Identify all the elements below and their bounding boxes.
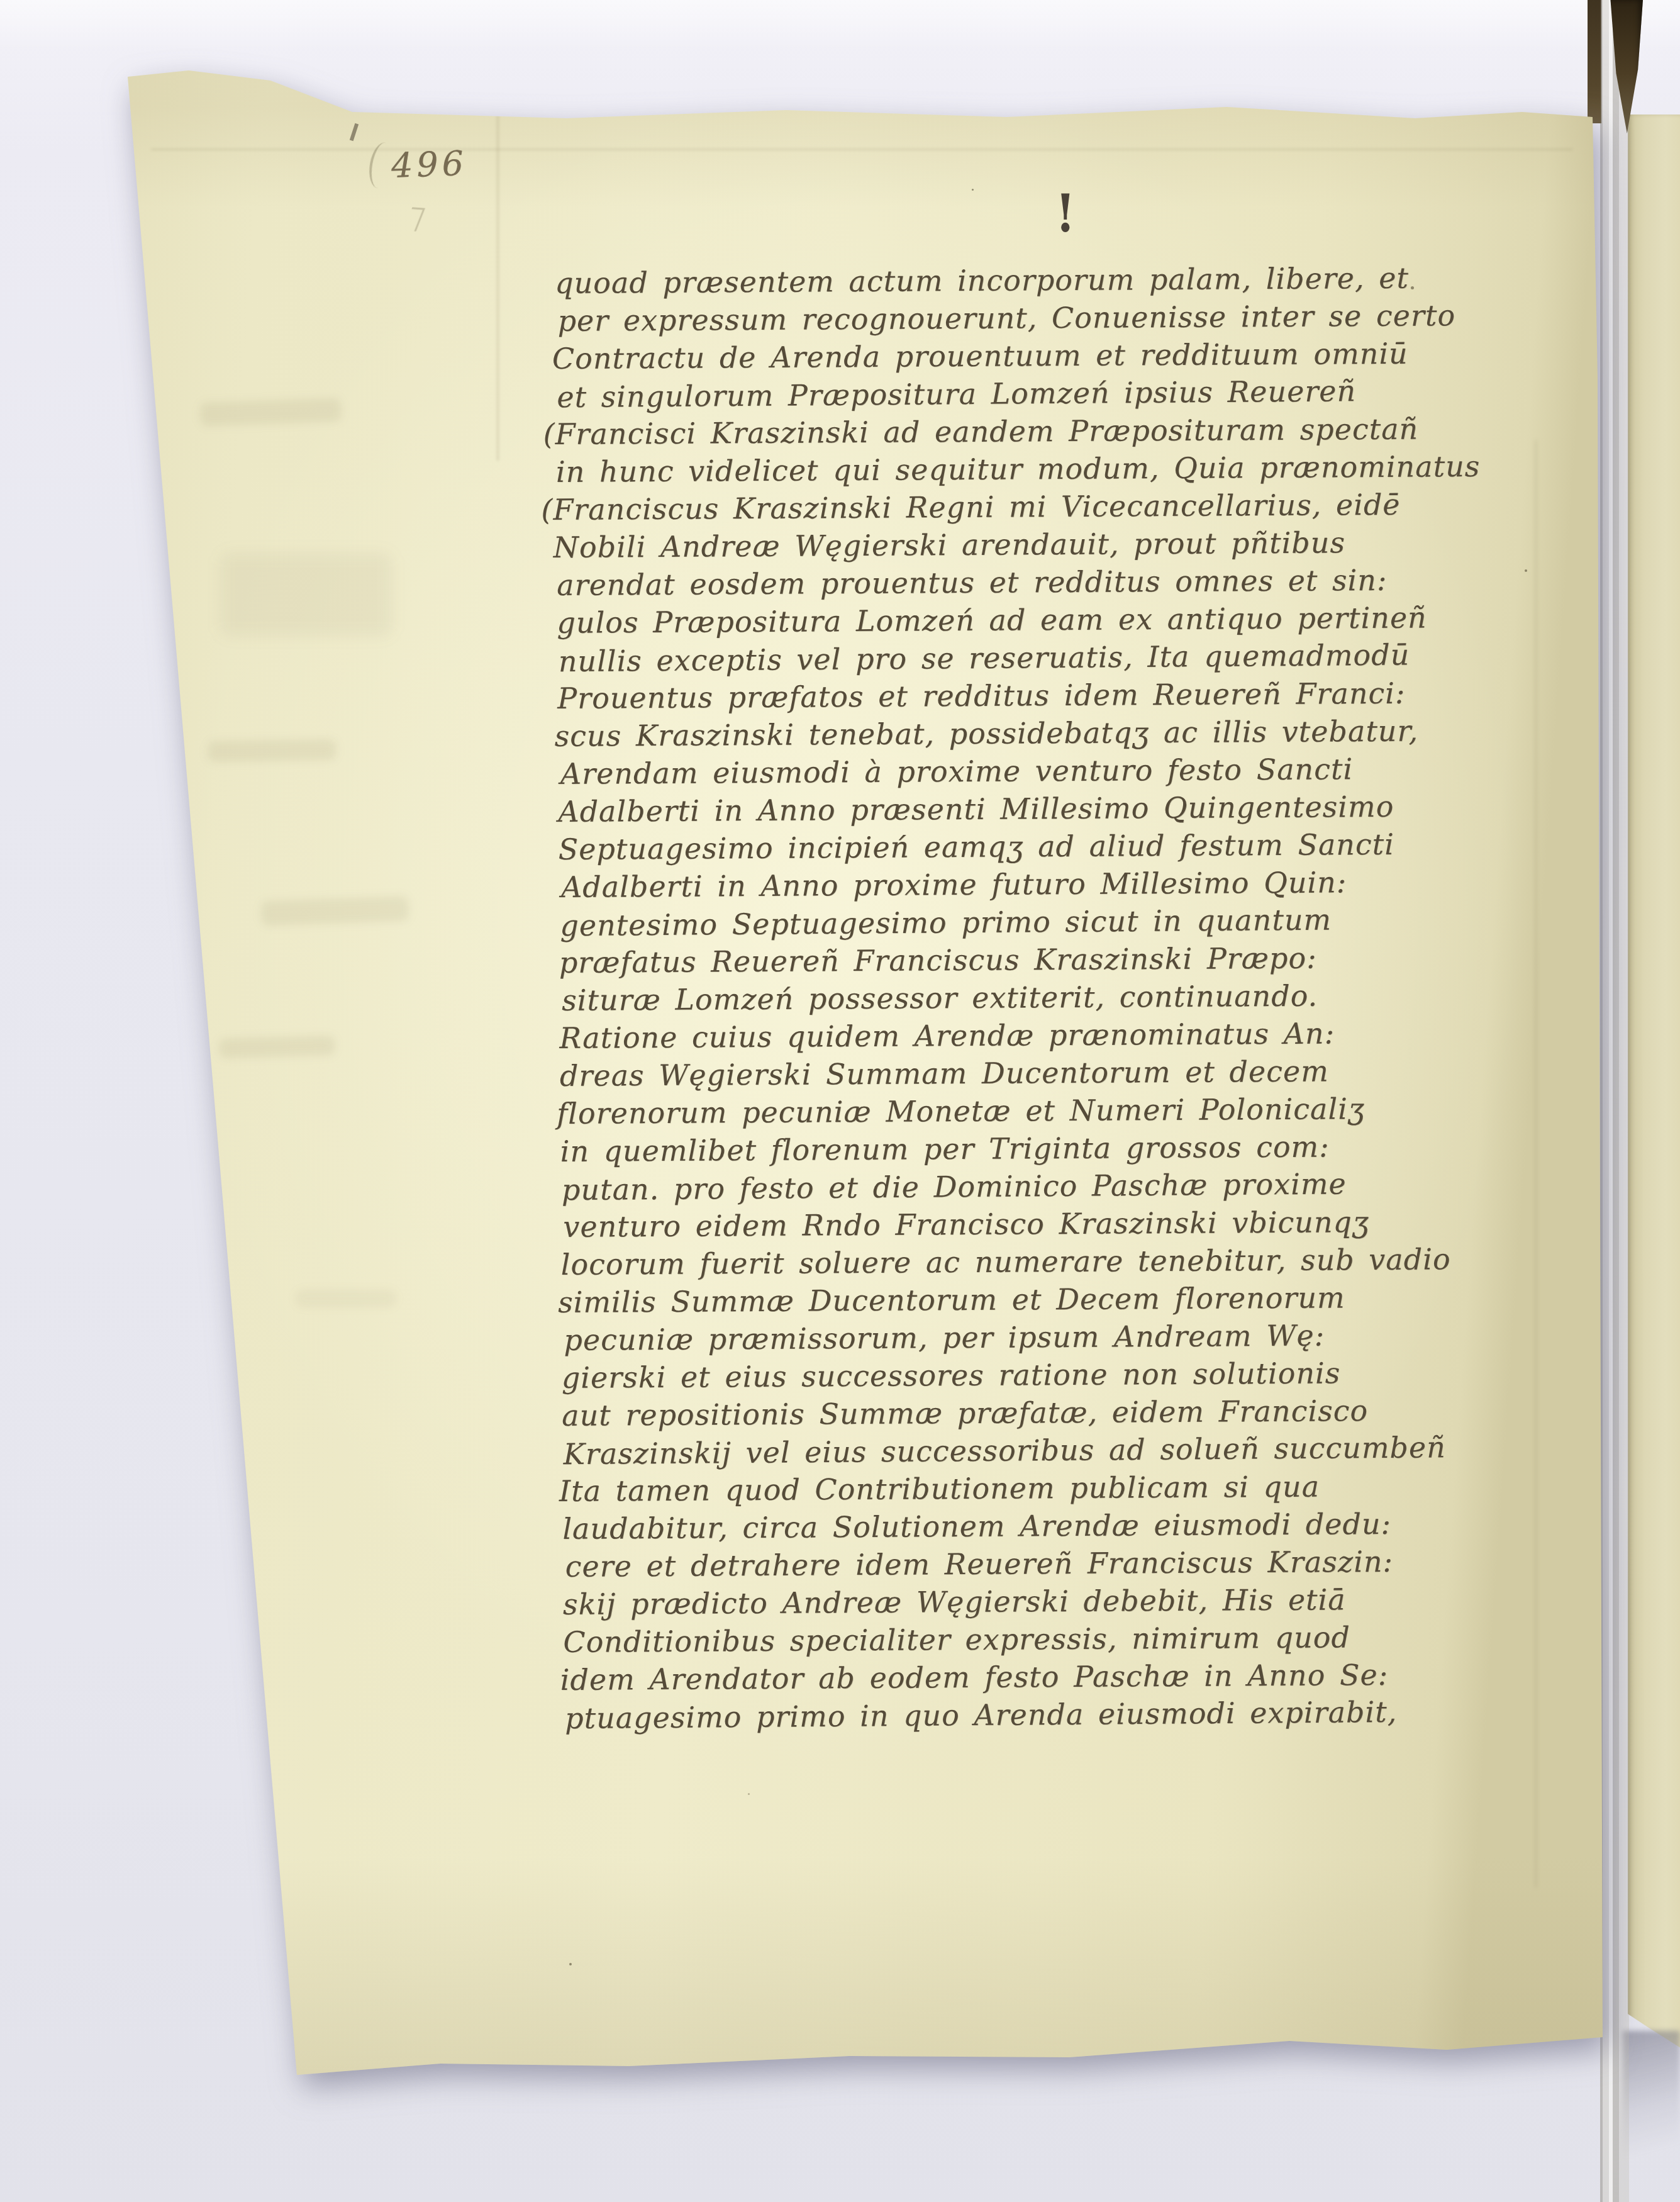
manuscript-line: in quemlibet florenum per Triginta gross… <box>560 1127 1484 1170</box>
fold-crease <box>151 148 1572 150</box>
verso-show-through <box>221 554 391 635</box>
manuscript-text-block: quoad præsentem actum incorporum palam, … <box>555 259 1488 1736</box>
manuscript-line: skij prædicto Andreæ Węgierski debebit, … <box>563 1580 1488 1623</box>
ink-speck <box>748 1793 750 1795</box>
manuscript-line: Arendam eiusmodi à proxime venturo festo… <box>560 749 1485 793</box>
verso-show-through <box>208 739 337 763</box>
manuscript-line: gulos Præpositura Lomzeń ad eam ex antiq… <box>557 598 1481 642</box>
page-number: 496 <box>391 143 468 186</box>
manuscript-line: gentesimo Septuagesimo primo sicut in qu… <box>560 900 1484 945</box>
manuscript-line: cere et detrahere idem Reuereñ Franciscu… <box>565 1542 1489 1585</box>
manuscript-line: per expressum recognouerunt, Conuenisse … <box>557 296 1482 340</box>
faint-pen-squiggle <box>403 207 425 231</box>
manuscript-line: Adalberti in Anno præsenti Millesimo Qui… <box>558 787 1483 830</box>
manuscript-line: (Franciscus Kraszinski Regni mi Vicecanc… <box>541 485 1481 528</box>
ink-speck <box>350 123 359 141</box>
manuscript-line: in hunc videlicet qui sequitur modum, Qu… <box>556 447 1481 491</box>
verso-show-through <box>199 398 342 427</box>
manuscript-line: Kraszinskij vel eius successoribus ad so… <box>563 1428 1488 1473</box>
manuscript-line: scus Kraszinski tenebat, possidebatqʒ ac… <box>554 712 1479 755</box>
manuscript-line: florenorum pecuniæ Monetæ et Numeri Polo… <box>557 1089 1481 1132</box>
manuscript-line: Prouentus præfatos et redditus idem Reue… <box>557 674 1482 717</box>
ink-speck <box>1525 569 1527 572</box>
manuscript-line: laudabitur, circa Solutionem Arendæ eius… <box>562 1504 1487 1548</box>
manuscript-line: locorum fuerit soluere ac numerare teneb… <box>561 1240 1486 1283</box>
manuscript-line: venturo eidem Rndo Francisco Kraszinski … <box>563 1202 1488 1246</box>
manuscript-line: Contractu de Arenda prouentuum et reddit… <box>552 334 1477 377</box>
fold-crease <box>1535 440 1537 1887</box>
manuscript-line: dreas Węgierski Summam Ducentorum et dec… <box>560 1051 1484 1095</box>
fold-crease <box>497 108 499 461</box>
manuscript-line: pecuniæ præmissorum, per ipsum Andream W… <box>564 1316 1488 1359</box>
manuscript-line: situræ Lomzeń possessor extiterit, conti… <box>562 976 1486 1019</box>
manuscript-line: Ita tamen quod Contributionem publicam s… <box>559 1467 1484 1510</box>
ink-speck <box>972 189 974 191</box>
ink-blot-exclamation-icon: ! <box>1055 182 1076 244</box>
verso-show-through <box>260 896 409 926</box>
manuscript-line: putan. pro festo et die Dominico Paschæ … <box>562 1164 1486 1209</box>
manuscript-line: quoad præsentem actum incorporum palam, … <box>555 259 1479 302</box>
manuscript-line: gierski et eius successores ratione non … <box>562 1353 1486 1397</box>
manuscript-line: Septuagesimo incipień eamqʒ ad aliud fes… <box>558 825 1483 868</box>
manuscript-line: Conditionibus specialiter expressis, nim… <box>563 1618 1488 1661</box>
archival-photo: 496 ! quoad præsentem actum incorporum p… <box>0 0 1680 2202</box>
verso-show-through <box>296 1290 396 1307</box>
verso-show-through <box>219 1036 336 1059</box>
manuscript-line: similis Summæ Ducentorum et Decem floren… <box>558 1278 1483 1321</box>
manuscript-line: et singulorum Præpositura Lomzeń ipsius … <box>557 371 1481 416</box>
manuscript-line: Nobili Andreæ Węgierski arendauit, prout… <box>554 523 1478 566</box>
manuscript-line: arendat eosdem prouentus et redditus omn… <box>557 561 1481 604</box>
manuscript-line: idem Arendator ab eodem festo Paschæ in … <box>560 1655 1485 1699</box>
manuscript-line: nullis exceptis vel pro se reseruatis, I… <box>559 635 1483 681</box>
manuscript-line: præfatus Reuereñ Franciscus Kraszinski P… <box>559 938 1484 981</box>
manuscript-line: Ratione cuius quidem Arendæ prænominatus… <box>559 1014 1484 1057</box>
ink-speck <box>569 1963 572 1965</box>
manuscript-line: Adalberti in Anno proxime futuro Millesi… <box>561 863 1486 906</box>
manuscript-line: ptuagesimo primo in quo Arenda eiusmodi … <box>565 1692 1489 1738</box>
manuscript-line: aut repositionis Summæ præfatæ, eidem Fr… <box>562 1391 1486 1434</box>
manuscript-line: (Francisci Kraszinski ad eandem Præposit… <box>543 410 1483 453</box>
